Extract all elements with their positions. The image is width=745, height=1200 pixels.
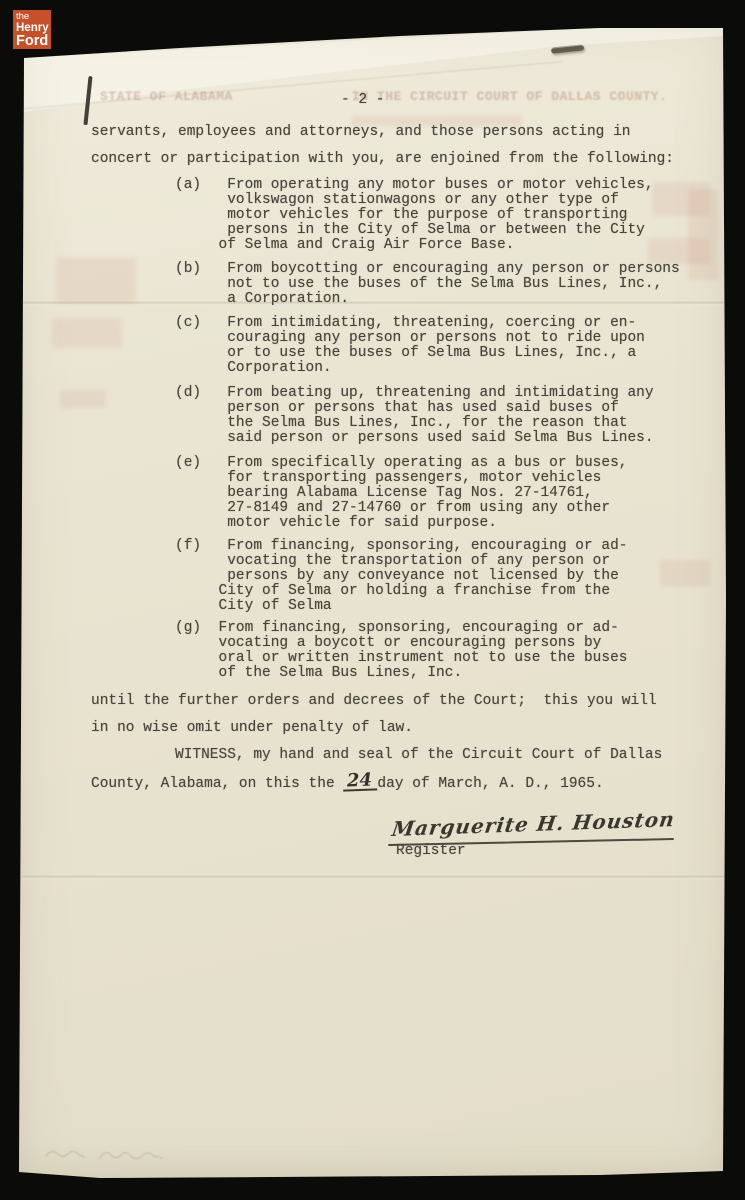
injunction-item-a: (a) From operating any motor buses or mo… [175, 178, 654, 253]
pencil-notation-smudge [42, 1140, 192, 1168]
paper-sheet: STATE OF ALABAMA IN THE CIRCUIT COURT OF… [0, 0, 745, 1200]
intro-paragraph: servants, employees and attorneys, and t… [91, 119, 674, 173]
date-line: County, Alabama, on this the 24day of Ma… [91, 775, 604, 797]
handwritten-day: 24 [343, 773, 378, 791]
signature-name: Marguerite H. Houston [390, 807, 676, 841]
injunction-item-g: (g) From financing, sponsoring, encourag… [175, 621, 627, 681]
scanned-document-photo: the Henry Ford STATE OF ALABAMA IN THE C… [0, 0, 745, 1200]
horizontal-fold-crease-lower [22, 876, 724, 879]
ghost-smudge [56, 258, 136, 304]
signer-title: Register [396, 843, 466, 859]
date-line-prefix: County, Alabama, on this the [91, 776, 343, 792]
injunction-item-e: (e) From specifically operating as a bus… [175, 456, 627, 531]
injunction-item-f: (f) From financing, sponsoring, encourag… [175, 539, 627, 614]
ghost-smudge [688, 190, 718, 280]
logo-ford: Ford [16, 34, 51, 49]
injunction-item-b: (b) From boycotting or encouraging any p… [175, 262, 680, 307]
logo-the: the [16, 12, 51, 22]
closing-paragraph: until the further orders and decrees of … [91, 688, 657, 742]
ghost-header-left: STATE OF ALABAMA [100, 89, 233, 104]
injunction-item-c: (c) From intimidating, threatening, coer… [175, 316, 645, 376]
injunction-item-d: (d) From beating up, threatening and int… [175, 386, 654, 446]
ghost-smudge [660, 560, 710, 586]
page-number: - 2 - [341, 92, 385, 108]
ghost-smudge [52, 318, 122, 348]
date-line-suffix: day of March, A. D., 1965. [377, 776, 603, 792]
ghost-smudge [60, 390, 106, 408]
ghost-header-right: IN THE CIRCUIT COURT OF DALLAS COUNTY. [352, 89, 667, 104]
henry-ford-logo: the Henry Ford [13, 10, 51, 49]
witness-line: WITNESS, my hand and seal of the Circuit… [175, 747, 662, 763]
top-fold-highlight [0, 0, 745, 130]
